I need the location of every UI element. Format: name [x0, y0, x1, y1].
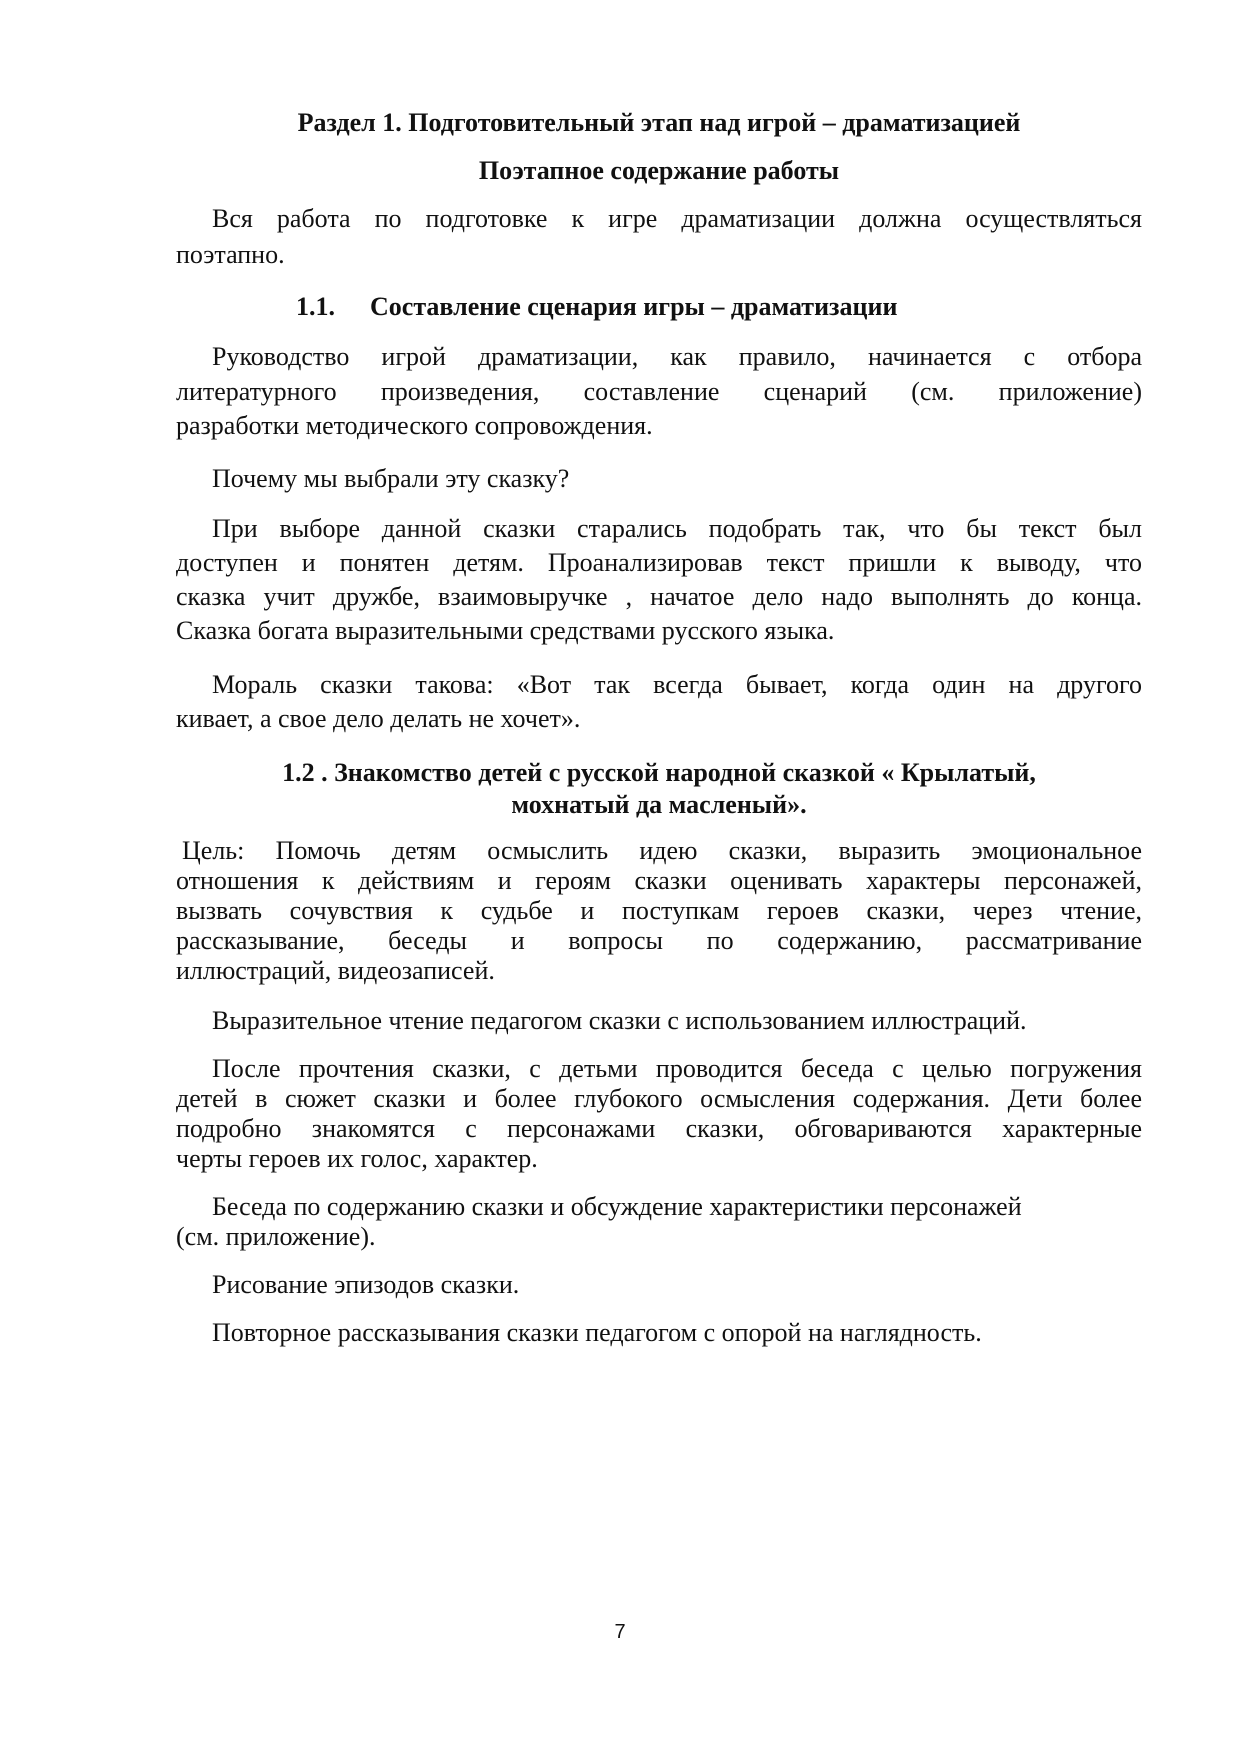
retelling-line: Повторное рассказывания сказки педагогом…	[212, 1316, 1142, 1350]
paragraph-line: При выборе данной сказки старались подоб…	[212, 512, 1142, 546]
question-line: Почему мы выбрали эту сказку?	[212, 462, 1142, 496]
paragraph-line: Цель: Помочь детям осмыслить идею сказки…	[182, 834, 1142, 868]
subtitle: Поэтапное содержание работы	[176, 154, 1142, 188]
paragraph-line: Сказка богата выразительными средствами …	[176, 614, 1142, 648]
paragraph-line: черты героев их голос, характер.	[176, 1142, 1142, 1176]
paragraph-line: Руководство игрой драматизации, как прав…	[212, 340, 1142, 374]
section-heading-text: Составление сценария игры – драматизации	[370, 292, 897, 321]
section-1-1-heading: 1.1.Составление сценария игры – драматиз…	[296, 290, 996, 324]
section-1-2-heading-line-1: 1.2 . Знакомство детей с русской народно…	[176, 756, 1142, 790]
paragraph-line: разработки методического сопровождения.	[176, 409, 1142, 443]
paragraph-line: рассказывание, беседы и вопросы по содер…	[176, 924, 1142, 958]
section-1-2-heading-line-2: мохнатый да масленый».	[176, 788, 1142, 822]
paragraph-line: вызвать сочувствия к судьбе и поступкам …	[176, 894, 1142, 928]
page-number: 7	[0, 1620, 1240, 1644]
paragraph-line: Вся работа по подготовке к игре драматиз…	[212, 202, 1142, 236]
reading-line: Выразительное чтение педагогом сказки с …	[212, 1004, 1142, 1038]
paragraph-line: Беседа по содержанию сказки и обсуждение…	[212, 1190, 1132, 1224]
paragraph-line: доступен и понятен детям. Проанализирова…	[176, 546, 1142, 580]
paragraph-line: (см. приложение).	[176, 1220, 1142, 1254]
paragraph-line: отношения к действиям и героям сказки оц…	[176, 864, 1142, 898]
document-page: Раздел 1. Подготовительный этап над игро…	[0, 0, 1240, 1754]
paragraph-line: подробно знакомятся с персонажами сказки…	[176, 1112, 1142, 1146]
paragraph-line: детей в сюжет сказки и более глубокого о…	[176, 1082, 1142, 1116]
paragraph-line: кивает, а свое дело делать не хочет».	[176, 702, 1142, 736]
paragraph-line: После прочтения сказки, с детьми проводи…	[212, 1052, 1142, 1086]
section-title: Раздел 1. Подготовительный этап над игро…	[176, 106, 1142, 140]
paragraph-line: поэтапно.	[176, 238, 1142, 272]
section-number: 1.1.	[296, 290, 370, 324]
paragraph-line: иллюстраций, видеозаписей.	[176, 954, 1142, 988]
paragraph-line: Мораль сказки такова: «Вот так всегда бы…	[212, 668, 1142, 702]
paragraph-line: сказка учит дружбе, взаимовыручке , нача…	[176, 580, 1142, 614]
paragraph-line: литературного произведения, составление …	[176, 375, 1142, 409]
drawing-line: Рисование эпизодов сказки.	[212, 1268, 1142, 1302]
